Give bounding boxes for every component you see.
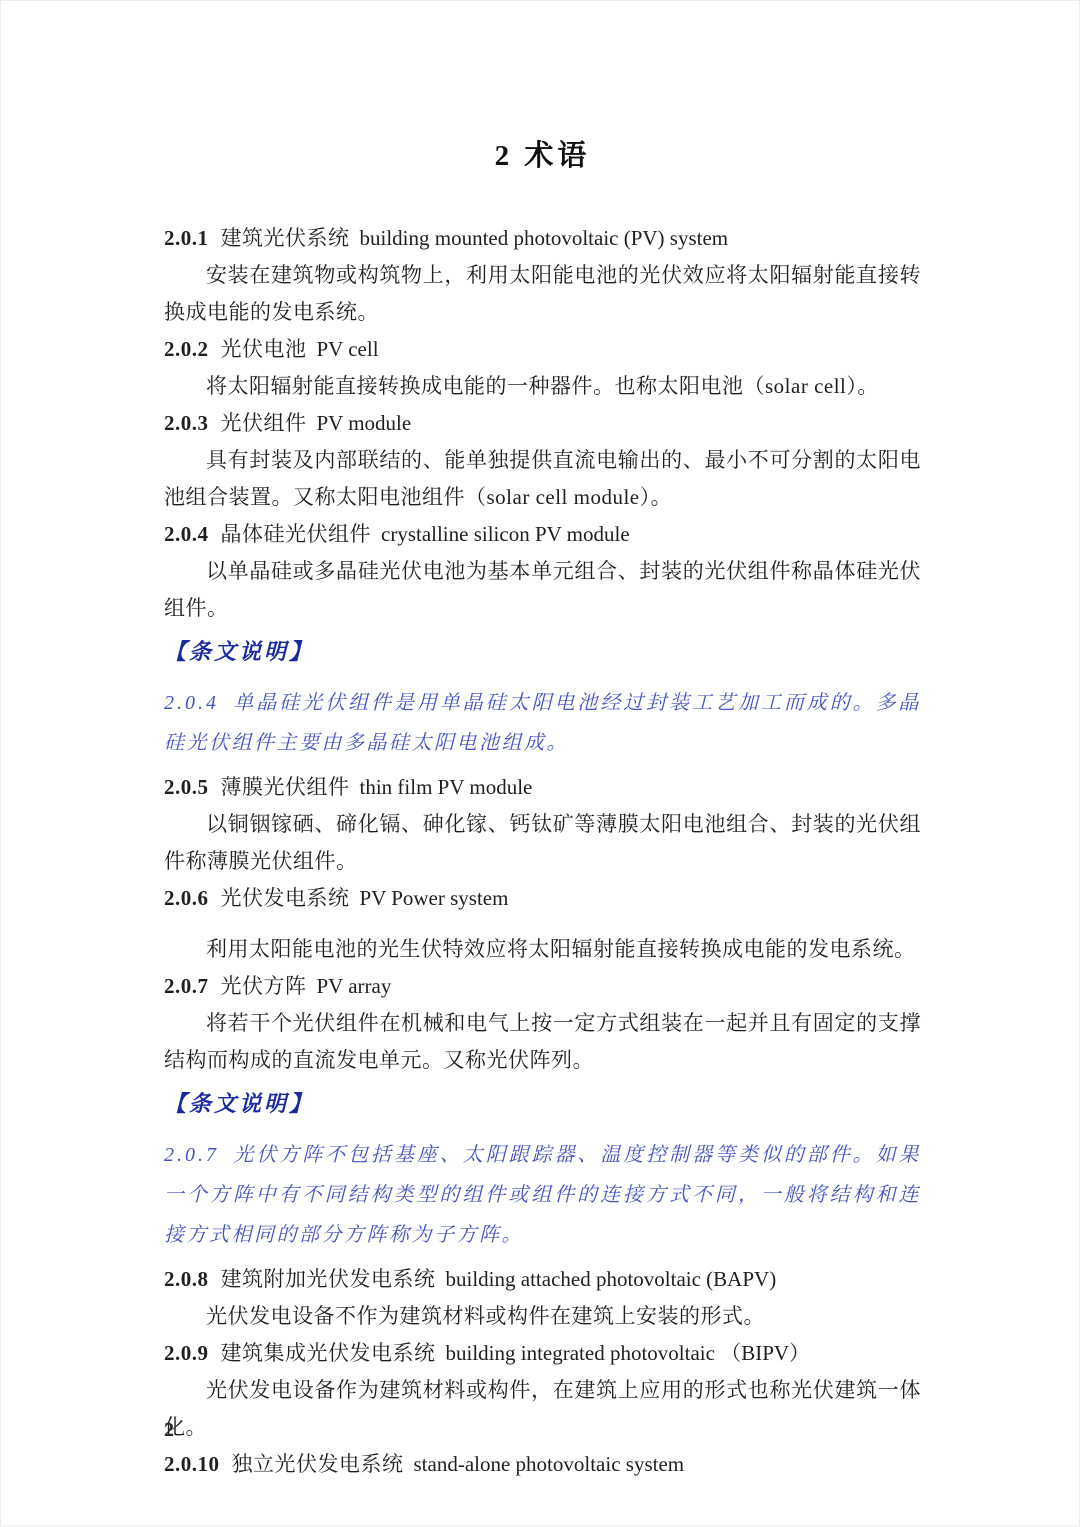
- term-heading: 2.0.4晶体硅光伏组件crystalline silicon PV modul…: [164, 516, 921, 553]
- note-label: 【条文说明】: [164, 1089, 921, 1119]
- term-name-en: PV array: [317, 974, 392, 998]
- term-heading: 2.0.8建筑附加光伏发电系统building attached photovo…: [164, 1261, 921, 1298]
- note-paragraph: 2.0.7光伏方阵不包括基座、太阳跟踪器、温度控制器等类似的部件。如果一个方阵中…: [164, 1135, 921, 1255]
- term-name-zh: 光伏发电系统: [221, 886, 350, 910]
- note-text-body: 单晶硅光伏组件是用单晶硅太阳电池经过封装工艺加工而成的。多晶硅光伏组件主要由多晶…: [164, 692, 921, 754]
- term-number: 2.0.6: [164, 886, 209, 910]
- term-definition: 光伏发电设备不作为建筑材料或构件在建筑上安装的形式。: [164, 1298, 921, 1335]
- term-name-en: PV Power system: [360, 886, 509, 910]
- term-number: 2.0.4: [164, 522, 209, 546]
- page-number: 2: [164, 1419, 174, 1442]
- term-definition: 将太阳辐射能直接转换成电能的一种器件。也称太阳电池（solar cell）。: [164, 368, 921, 405]
- term-heading: 2.0.7光伏方阵PV array: [164, 968, 921, 1005]
- term-definition: 以铜铟镓硒、碲化镉、砷化镓、钙钛矿等薄膜太阳电池组合、封装的光伏组件称薄膜光伏组…: [164, 806, 921, 880]
- term-name-en: crystalline silicon PV module: [381, 522, 630, 546]
- term-definition: 将若干个光伏组件在机械和电气上按一定方式组装在一起并且有固定的支撑结构而构成的直…: [164, 1005, 921, 1079]
- note-block: 【条文说明】2.0.4单晶硅光伏组件是用单晶硅太阳电池经过封装工艺加工而成的。多…: [164, 637, 921, 763]
- term-name-zh: 光伏电池: [221, 337, 307, 361]
- term-heading: 2.0.2光伏电池PV cell: [164, 331, 921, 368]
- term-heading: 2.0.9建筑集成光伏发电系统building integrated photo…: [164, 1335, 921, 1372]
- term-name-zh: 光伏组件: [221, 411, 307, 435]
- term-number: 2.0.9: [164, 1341, 209, 1365]
- term-definition: 以单晶硅或多晶硅光伏电池为基本单元组合、封装的光伏组件称晶体硅光伏组件。: [164, 553, 921, 627]
- term-name-zh: 建筑附加光伏发电系统: [221, 1267, 436, 1291]
- term-definition: 安装在建筑物或构筑物上，利用太阳能电池的光伏效应将太阳辐射能直接转换成电能的发电…: [164, 257, 921, 331]
- term-heading: 2.0.1建筑光伏系统building mounted photovoltaic…: [164, 220, 921, 257]
- terms-list: 2.0.1建筑光伏系统building mounted photovoltaic…: [164, 220, 921, 1483]
- term-number: 2.0.7: [164, 974, 209, 998]
- term-name-en: building mounted photovoltaic (PV) syste…: [360, 226, 729, 250]
- term-name-zh: 建筑集成光伏发电系统: [221, 1341, 436, 1365]
- term-name-en: thin film PV module: [360, 775, 533, 799]
- term-name-en: building attached photovoltaic (BAPV): [446, 1267, 777, 1291]
- term-number: 2.0.8: [164, 1267, 209, 1291]
- term-number: 2.0.2: [164, 337, 209, 361]
- term-number: 2.0.5: [164, 775, 209, 799]
- note-block: 【条文说明】2.0.7光伏方阵不包括基座、太阳跟踪器、温度控制器等类似的部件。如…: [164, 1089, 921, 1255]
- term-number: 2.0.10: [164, 1452, 220, 1476]
- note-paragraph: 2.0.4单晶硅光伏组件是用单晶硅太阳电池经过封装工艺加工而成的。多晶硅光伏组件…: [164, 683, 921, 763]
- term-name-en: building integrated photovoltaic （BIPV）: [446, 1341, 811, 1365]
- note-number: 2.0.7: [164, 1144, 219, 1166]
- term-number: 2.0.1: [164, 226, 209, 250]
- note-number: 2.0.4: [164, 692, 219, 714]
- term-heading: 2.0.5薄膜光伏组件thin film PV module: [164, 769, 921, 806]
- term-number: 2.0.3: [164, 411, 209, 435]
- term-name-zh: 光伏方阵: [221, 974, 307, 998]
- note-label: 【条文说明】: [164, 637, 921, 667]
- term-definition: 具有封装及内部联结的、能单独提供直流电输出的、最小不可分割的太阳电池组合装置。又…: [164, 442, 921, 516]
- note-text-body: 光伏方阵不包括基座、太阳跟踪器、温度控制器等类似的部件。如果一个方阵中有不同结构…: [164, 1144, 921, 1246]
- term-heading: 2.0.6光伏发电系统PV Power system: [164, 880, 921, 917]
- page-title: 2 术语: [164, 133, 921, 174]
- term-name-zh: 建筑光伏系统: [221, 226, 350, 250]
- term-definition: 光伏发电设备作为建筑材料或构件，在建筑上应用的形式也称光伏建筑一体化。: [164, 1372, 921, 1446]
- term-name-en: stand-alone photovoltaic system: [414, 1452, 685, 1476]
- term-name-zh: 薄膜光伏组件: [221, 775, 350, 799]
- term-name-zh: 晶体硅光伏组件: [221, 522, 372, 546]
- term-name-en: PV cell: [317, 337, 379, 361]
- term-heading: 2.0.3光伏组件PV module: [164, 405, 921, 442]
- document-page: 2 术语 2.0.1建筑光伏系统building mounted photovo…: [0, 0, 1080, 1527]
- term-name-en: PV module: [317, 411, 412, 435]
- term-definition: 利用太阳能电池的光生伏特效应将太阳辐射能直接转换成电能的发电系统。: [164, 931, 921, 968]
- term-heading: 2.0.10独立光伏发电系统stand-alone photovoltaic s…: [164, 1446, 921, 1483]
- term-name-zh: 独立光伏发电系统: [232, 1452, 404, 1476]
